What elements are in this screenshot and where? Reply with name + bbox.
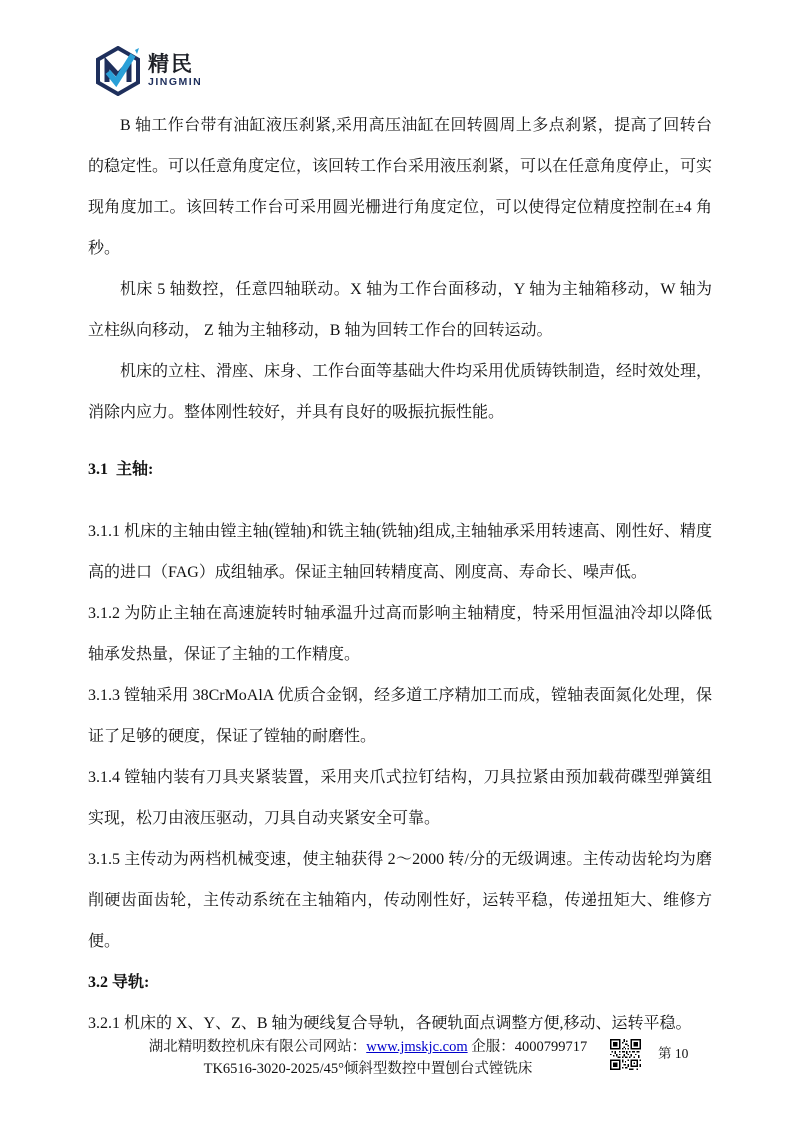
footer-text-block: 湖北精明数控机床有限公司网站：www.jmskjc.com 企服：4000799… [88, 1036, 648, 1080]
qr-code-icon [610, 1039, 641, 1070]
page-number: 第 10 [658, 1042, 688, 1062]
document-body: B 轴工作台带有油缸液压刹紧,采用高压油缸在回转圆周上多点刹紧，提高了回转台的稳… [88, 105, 712, 1044]
body-paragraph: B 轴工作台带有油缸液压刹紧,采用高压油缸在回转圆周上多点刹紧，提高了回转台的稳… [88, 105, 712, 269]
company-logo: 精民 JINGMIN [95, 46, 202, 96]
logo-text-en: JINGMIN [148, 76, 202, 89]
body-paragraph: 3.1.5 主传动为两档机械变速，使主轴获得 2～2000 转/分的无级调速。主… [88, 839, 712, 962]
body-paragraph: 机床的立柱、滑座、床身、工作台面等基础大件均采用优质铸铁制造，经时效处理，消除内… [88, 351, 712, 433]
page-footer: 湖北精明数控机床有限公司网站：www.jmskjc.com 企服：4000799… [0, 1036, 800, 1096]
body-paragraph: 机床 5 轴数控，任意四轴联动。X 轴为工作台面移动，Y 轴为主轴箱移动，W 轴… [88, 269, 712, 351]
body-paragraph: 3.1.4 镗轴内装有刀具夹紧装置，采用夹爪式拉钉结构，刀具拉紧由预加载荷碟型弹… [88, 757, 712, 839]
body-paragraph: 3.1.2 为防止主轴在高速旋转时轴承温升过高而影响主轴精度，特采用恒温油冷却以… [88, 593, 712, 675]
body-paragraph: 3.1.3 镗轴采用 38CrMoAlA 优质合金钢，经多道工序精加工而成，镗轴… [88, 675, 712, 757]
logo-text-cn: 精民 [148, 53, 202, 76]
service-phone-label: 企服：4000799717 [468, 1039, 588, 1055]
machine-model-line: TK6516-3020-2025/45°倾斜型数控中置刨台式镗铣床 [88, 1058, 648, 1080]
logo-wordmark: 精民 JINGMIN [148, 53, 202, 89]
jingmin-hexagon-logo-icon [95, 46, 141, 96]
website-link[interactable]: www.jmskjc.com [366, 1039, 467, 1055]
document-page: 精民 JINGMIN B 轴工作台带有油缸液压刹紧,采用高压油缸在回转圆周上多点… [0, 0, 800, 1131]
body-paragraph: 3.1.1 机床的主轴由镗主轴(镗轴)和铣主轴(铣轴)组成,主轴轴承采用转速高、… [88, 511, 712, 593]
section-heading-guideways: 3.2 导轨: [88, 962, 712, 1003]
company-info-line: 湖北精明数控机床有限公司网站：www.jmskjc.com 企服：4000799… [88, 1036, 648, 1058]
section-heading-spindle: 3.1 主轴: [88, 449, 712, 490]
company-name-label: 湖北精明数控机床有限公司网站： [149, 1039, 367, 1055]
